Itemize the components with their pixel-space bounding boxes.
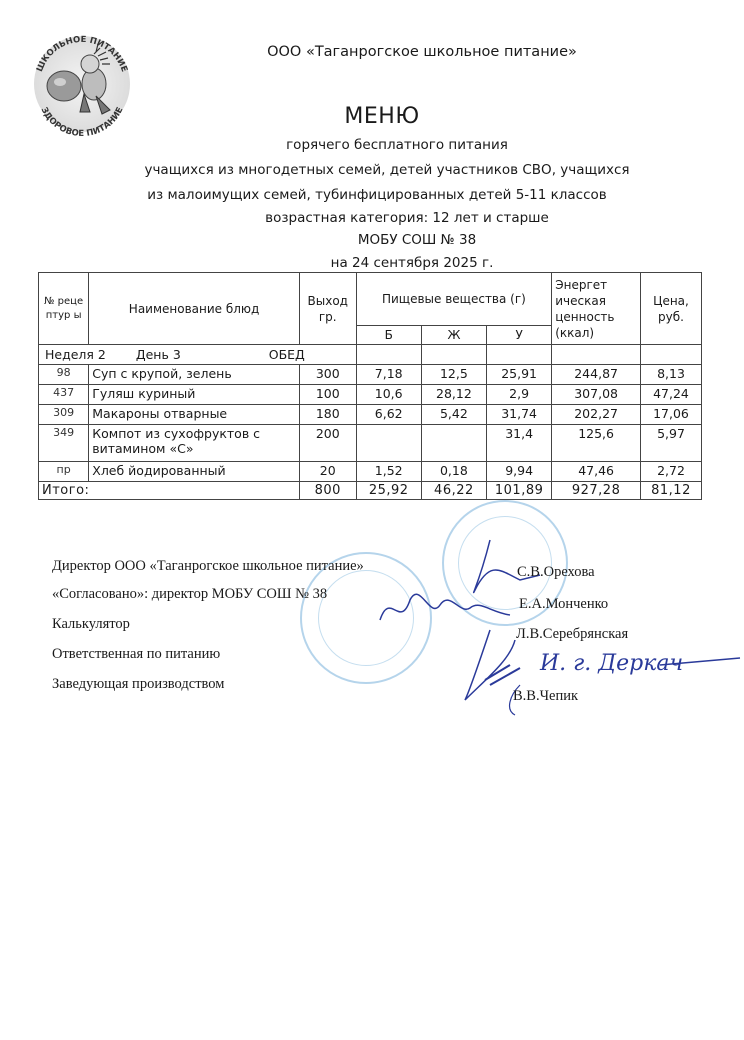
header-dish-name: Наименование блюд bbox=[89, 273, 300, 345]
recipe-no: пр bbox=[39, 462, 89, 482]
menu-date: на 24 сентября 2025 г. bbox=[0, 255, 744, 271]
dish-price: 2,72 bbox=[640, 462, 701, 482]
dish-fat: 12,5 bbox=[421, 365, 486, 385]
dish-energy: 202,27 bbox=[552, 405, 641, 425]
subtitle-line-1: горячего бесплатного питания bbox=[0, 137, 744, 153]
dish-fat: 0,18 bbox=[421, 462, 486, 482]
dish-output: 20 bbox=[299, 462, 356, 482]
header-output: Выход гр. bbox=[299, 273, 356, 345]
dish-protein bbox=[356, 425, 421, 462]
total-label: Итого: bbox=[39, 482, 300, 500]
section-meal: ОБЕД bbox=[269, 347, 305, 362]
dish-protein: 10,6 bbox=[356, 385, 421, 405]
header-fat: Ж bbox=[421, 326, 486, 345]
signer-chepik: В.В.Чепик bbox=[513, 688, 578, 705]
organization-name: ООО «Таганрогское школьное питание» bbox=[0, 44, 744, 60]
total-row: Итого: 800 25,92 46,22 101,89 927,28 81,… bbox=[39, 482, 702, 500]
table-row: 349 Компот из сухофруктов с витамином «С… bbox=[39, 425, 702, 462]
section-label: Неделя 2 День 3 ОБЕД bbox=[39, 345, 357, 365]
signer-monchenko: Е.А.Монченко bbox=[519, 596, 608, 613]
dish-price: 8,13 bbox=[640, 365, 701, 385]
dish-name: Гуляш куриный bbox=[89, 385, 300, 405]
table-row: 309 Макароны отварные 180 6,62 5,42 31,7… bbox=[39, 405, 702, 425]
dish-fat bbox=[421, 425, 486, 462]
dish-carbs: 31,74 bbox=[487, 405, 552, 425]
dish-carbs: 9,94 bbox=[487, 462, 552, 482]
recipe-no: 98 bbox=[39, 365, 89, 385]
header-energy: Энергет ическая ценность (ккал) bbox=[552, 273, 641, 345]
dish-name: Хлеб йодированный bbox=[89, 462, 300, 482]
dish-carbs: 31,4 bbox=[487, 425, 552, 462]
table-row: 98 Суп с крупой, зелень 300 7,18 12,5 25… bbox=[39, 365, 702, 385]
dish-carbs: 2,9 bbox=[487, 385, 552, 405]
dish-energy: 307,08 bbox=[552, 385, 641, 405]
dish-output: 300 bbox=[299, 365, 356, 385]
signature-role-production: Заведующая производством bbox=[52, 676, 224, 693]
dish-output: 180 bbox=[299, 405, 356, 425]
section-week: Неделя 2 bbox=[45, 347, 106, 362]
table-row: пр Хлеб йодированный 20 1,52 0,18 9,94 4… bbox=[39, 462, 702, 482]
dish-fat: 5,42 bbox=[421, 405, 486, 425]
signature-role-director: Директор ООО «Таганрогское школьное пита… bbox=[52, 558, 364, 575]
signature-derkach: И. г. Деркач bbox=[539, 651, 683, 676]
signature-role-nutrition: Ответственная по питанию bbox=[52, 646, 220, 663]
menu-table: № реце птур ы Наименование блюд Выход гр… bbox=[38, 272, 702, 500]
dish-energy: 47,46 bbox=[552, 462, 641, 482]
dish-name: Макароны отварные bbox=[89, 405, 300, 425]
total-fat: 46,22 bbox=[421, 482, 486, 500]
section-row: Неделя 2 День 3 ОБЕД bbox=[39, 345, 702, 365]
signer-serebryanskaya: Л.В.Серебрянская bbox=[516, 626, 628, 643]
signer-orekhova: С.В.Орехова bbox=[517, 564, 595, 581]
header-carbs: У bbox=[487, 326, 552, 345]
header-nutrients: Пищевые вещества (г) bbox=[356, 273, 552, 326]
header-recipe-no: № реце птур ы bbox=[39, 273, 89, 345]
dish-protein: 6,62 bbox=[356, 405, 421, 425]
total-price: 81,12 bbox=[640, 482, 701, 500]
dish-protein: 1,52 bbox=[356, 462, 421, 482]
signature-role-agreed: «Согласовано»: директор МОБУ СОШ № 38 bbox=[52, 586, 327, 603]
dish-fat: 28,12 bbox=[421, 385, 486, 405]
total-carbs: 101,89 bbox=[487, 482, 552, 500]
dish-output: 200 bbox=[299, 425, 356, 462]
subtitle-line-3: из малоимущих семей, тубинфицированных д… bbox=[0, 187, 744, 203]
table-header-row: № реце птур ы Наименование блюд Выход гр… bbox=[39, 273, 702, 326]
recipe-no: 437 bbox=[39, 385, 89, 405]
dish-energy: 244,87 bbox=[552, 365, 641, 385]
dish-energy: 125,6 bbox=[552, 425, 641, 462]
section-day: День 3 bbox=[136, 347, 181, 362]
dish-price: 17,06 bbox=[640, 405, 701, 425]
signature-role-calculator: Калькулятор bbox=[52, 616, 130, 633]
recipe-no: 349 bbox=[39, 425, 89, 462]
school-name: МОБУ СОШ № 38 bbox=[0, 232, 744, 248]
subtitle-line-2: учащихся из многодетных семей, детей уча… bbox=[0, 162, 744, 178]
total-energy: 927,28 bbox=[552, 482, 641, 500]
dish-name: Суп с крупой, зелень bbox=[89, 365, 300, 385]
header-protein: Б bbox=[356, 326, 421, 345]
total-protein: 25,92 bbox=[356, 482, 421, 500]
table-row: 437 Гуляш куриный 100 10,6 28,12 2,9 307… bbox=[39, 385, 702, 405]
total-output: 800 bbox=[299, 482, 356, 500]
dish-price: 5,97 bbox=[640, 425, 701, 462]
age-category: возрастная категория: 12 лет и старше bbox=[0, 210, 744, 226]
header-price: Цена, руб. bbox=[640, 273, 701, 345]
dish-output: 100 bbox=[299, 385, 356, 405]
dish-carbs: 25,91 bbox=[487, 365, 552, 385]
recipe-no: 309 bbox=[39, 405, 89, 425]
document-title: МЕНЮ bbox=[0, 104, 744, 129]
dish-name: Компот из сухофруктов с витамином «С» bbox=[89, 425, 300, 462]
dish-protein: 7,18 bbox=[356, 365, 421, 385]
dish-price: 47,24 bbox=[640, 385, 701, 405]
